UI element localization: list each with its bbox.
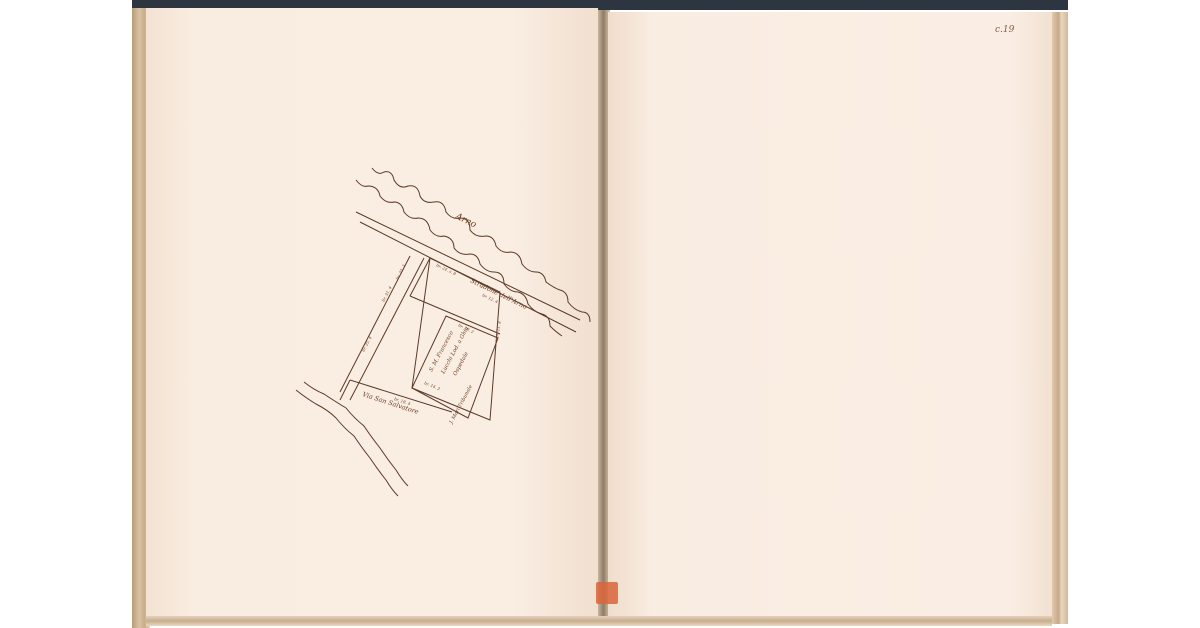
measurement-2: br. 22. 5 [394, 263, 406, 281]
measurement-4: br. 25. 4 [360, 335, 372, 353]
measurement-8: br. 14. 2 [424, 380, 442, 391]
river-label: Arno [453, 211, 479, 230]
bottom-road-lower [296, 390, 398, 496]
bottom-road-upper [304, 382, 408, 486]
measurement-6: br. 21. 8 [494, 320, 502, 338]
river-bank-lower [356, 180, 562, 336]
bottom-road-label: Via San Salvatore [361, 390, 419, 416]
measurement-1: br. 24. s. 8 [436, 262, 458, 276]
property-plan: Arno Stradone dell'Arno Via San Salvator… [0, 0, 1200, 628]
side-label: J. Mari Tribunale [448, 384, 474, 426]
